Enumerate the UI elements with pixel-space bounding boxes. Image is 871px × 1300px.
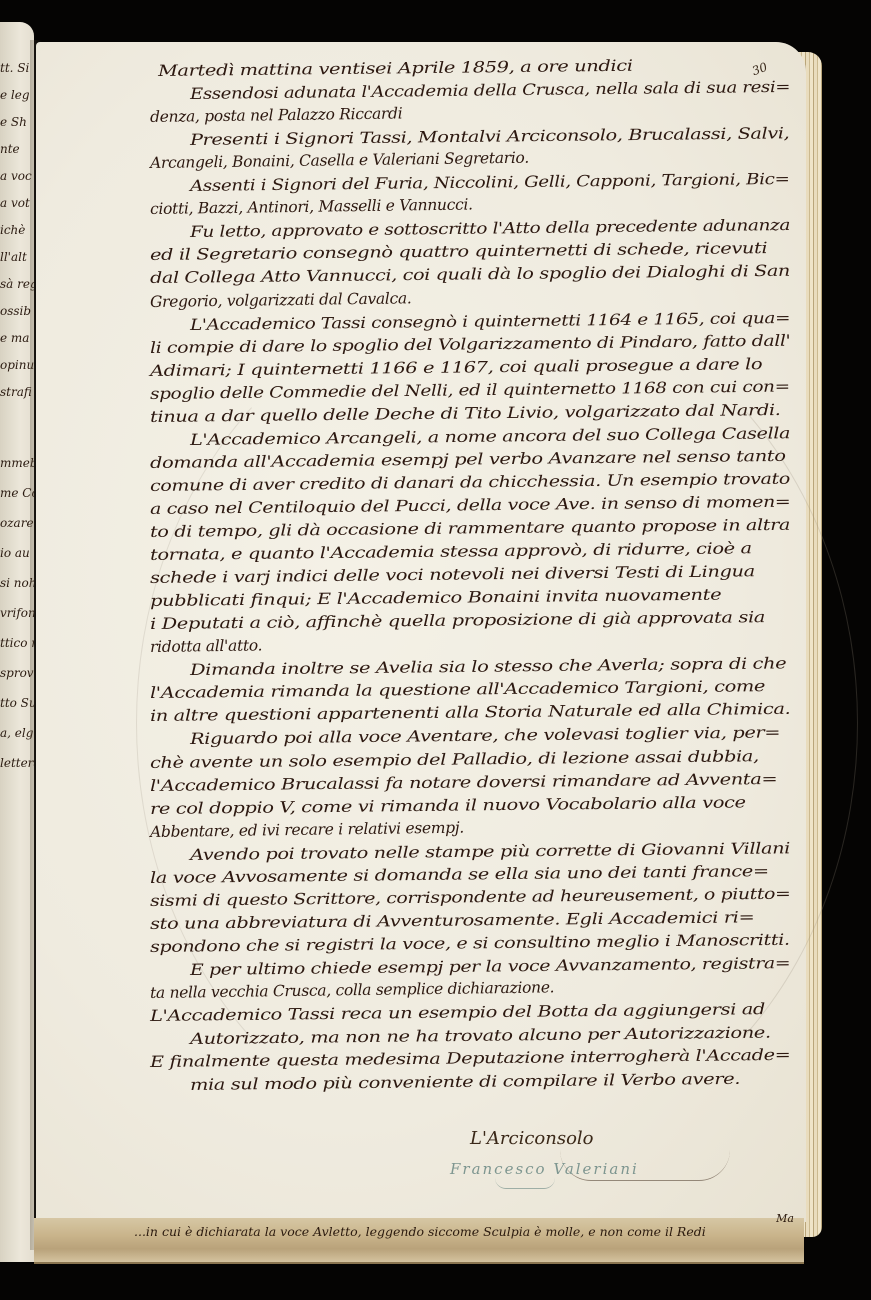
manuscript-line: ridotta all'atto. <box>150 637 262 657</box>
signature-arciconsolo: L'Arciconsolo <box>470 1128 594 1149</box>
left-page-text-fragment: sà reg <box>0 278 34 290</box>
manuscript-line: denza, posta nel Palazzo Riccardi <box>150 105 403 127</box>
left-page-text-fragment: ichè <box>0 224 25 236</box>
bottom-page-edge: ...in cui è dichiarata la voce Avletto, … <box>34 1218 804 1264</box>
left-page-text-fragment: ossib <box>0 305 31 317</box>
signature-secretary: Francesco Valeriani <box>450 1160 639 1178</box>
bottom-margin-note: ...in cui è dichiarata la voce Avletto, … <box>134 1224 706 1239</box>
left-page-text-fragment: a vot <box>0 197 30 209</box>
manuscript-line: Gregorio, volgarizzati dal Cavalca. <box>150 289 412 311</box>
left-page-text-fragment: si noh <box>0 577 34 589</box>
bottom-margin-superscript: Ma <box>776 1212 794 1225</box>
left-page-text-fragment: e Sh <box>0 116 27 128</box>
left-page-edge: tt. Sie lege Shntea voca votichèll'altsà… <box>0 22 34 1262</box>
left-page-text-fragment: me Co <box>0 487 34 499</box>
left-page-text-fragment: e ma <box>0 332 29 344</box>
left-page-text-fragment: a, elg <box>0 727 33 739</box>
left-page-text-fragment: a voc <box>0 170 32 182</box>
left-page-text-fragment: lettera <box>0 757 34 769</box>
left-page-text-fragment: ozare <box>0 517 34 529</box>
left-page-text-fragment: nte <box>0 143 20 155</box>
left-page-text-fragment: sprovva <box>0 667 34 679</box>
left-page-text-fragment: mmeb <box>0 457 34 469</box>
left-page-text-fragment: io au <box>0 547 30 559</box>
left-page-text-fragment: tto Su <box>0 697 34 709</box>
signature-flourish-secondary <box>495 1178 555 1189</box>
left-page-text-fragment: vrifon <box>0 607 34 619</box>
left-page-text-fragment: ttico n <box>0 637 34 649</box>
left-page-text-fragment: strafi <box>0 386 32 398</box>
left-page-text-fragment: ll'alt <box>0 251 27 263</box>
left-page-text-fragment: e leg <box>0 89 30 101</box>
left-page-text-fragment: opinu <box>0 359 34 371</box>
left-page-text-fragment: tt. Si <box>0 62 29 74</box>
